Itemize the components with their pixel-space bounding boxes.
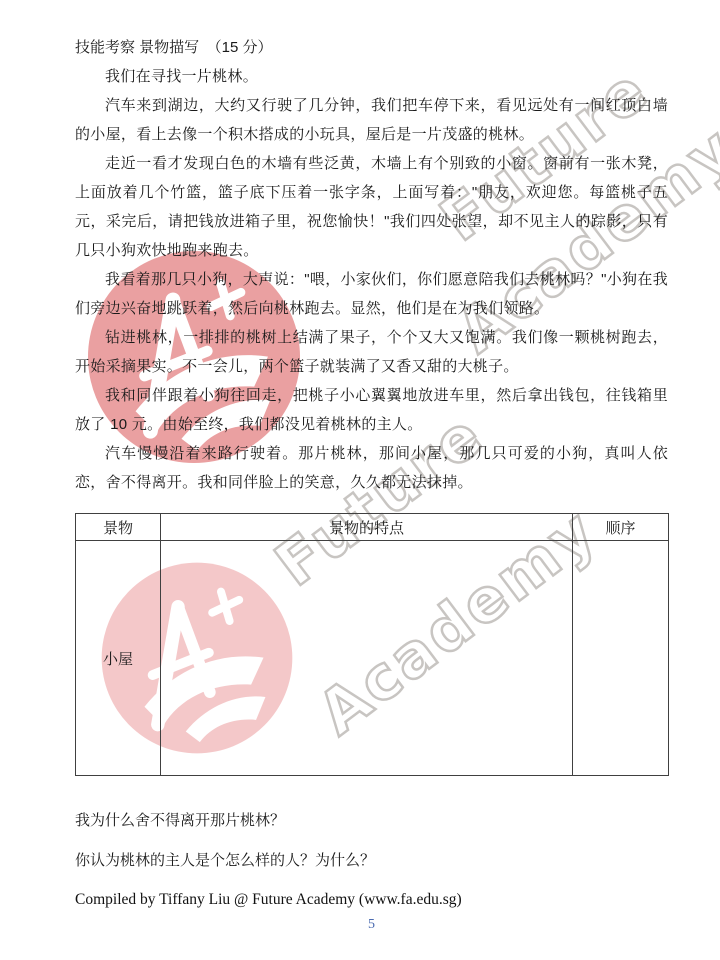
passage-paragraph: 走近一看才发现白色的木墙有些泛黄，木墙上有个别致的小窗。窗前有一张木凳，上面放着… [75, 149, 668, 265]
table-cell-feature [161, 541, 573, 776]
passage-paragraph: 汽车来到湖边，大约又行驶了几分钟，我们把车停下来，看见远处有一间红顶白墙的小屋，… [75, 91, 668, 149]
page-title: 技能考察 景物描写 （15 分） [75, 33, 668, 62]
question-2: 你认为桃林的主人是个怎么样的人？为什么？ [75, 846, 668, 875]
table-cell-order [573, 541, 669, 776]
table-header-order: 顺序 [573, 514, 669, 541]
passage-paragraph: 我们在寻找一片桃林。 [75, 62, 668, 91]
passage-paragraph: 我和同伴跟着小狗往回走，把桃子小心翼翼地放进车里，然后拿出钱包，往钱箱里放了 1… [75, 381, 668, 439]
passage-paragraph: 我看着那几只小狗，大声说："喂，小家伙们，你们愿意陪我们去桃林吗？"小狗在我们旁… [75, 265, 668, 323]
table-header-row: 景物 景物的特点 顺序 [76, 514, 669, 541]
table-header-feature: 景物的特点 [161, 514, 573, 541]
table-header-scene: 景物 [76, 514, 161, 541]
document-content: 技能考察 景物描写 （15 分） 我们在寻找一片桃林。 汽车来到湖边，大约又行驶… [0, 0, 720, 936]
table-cell-scene: 小屋 [76, 541, 161, 776]
question-1: 我为什么舍不得离开那片桃林？ [75, 806, 668, 835]
worksheet-page: Future Academy Future Academy 技能考察 景物描写 … [0, 0, 720, 960]
scene-analysis-table: 景物 景物的特点 顺序 小屋 [75, 513, 669, 776]
table-row: 小屋 [76, 541, 669, 776]
passage-paragraph: 汽车慢慢沿着来路行驶着。那片桃林，那间小屋，那几只可爱的小狗，真叫人依恋，舍不得… [75, 439, 668, 497]
compiled-by-credit: Compiled by Tiffany Liu @ Future Academy… [75, 885, 668, 914]
page-number: 5 [75, 914, 668, 936]
passage-paragraph: 钻进桃林，一排排的桃树上结满了果子，个个又大又饱满。我们像一颗桃树跑去，开始采摘… [75, 323, 668, 381]
